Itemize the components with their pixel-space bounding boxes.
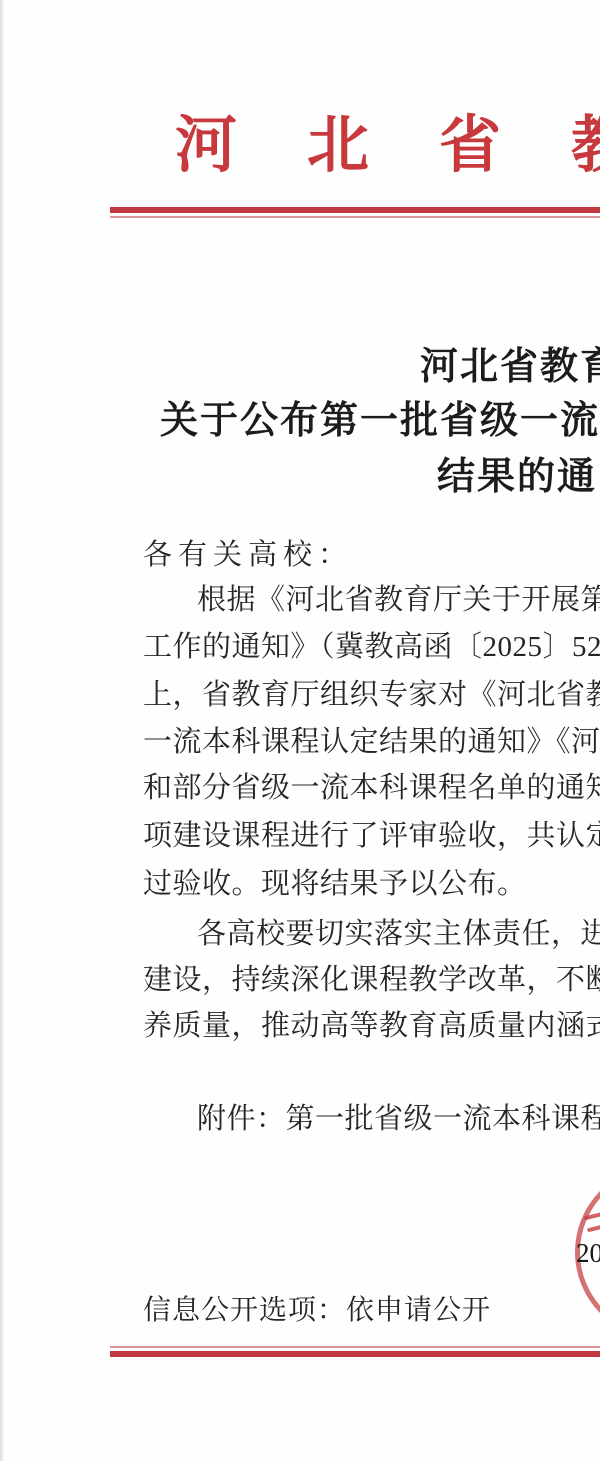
notice-title-line-2: 关于公布第一批省级一流 (160, 400, 600, 444)
body-line: 养质量，推动高等教育高质量内涵式 (143, 1009, 600, 1044)
salutation-line: 各有关高校： (143, 538, 353, 573)
body-line: 过验收。现将结果予以公布。 (143, 867, 527, 902)
disclosure-option-line: 信息公开选项：依申请公开 (143, 1288, 491, 1328)
body-line: 各高校要切实落实主体责任，进一 (197, 917, 600, 952)
date-partial-text: 20 (576, 1238, 600, 1269)
body-line: 上，省教育厅组织专家对《河北省教 (143, 678, 600, 713)
attachment-line: 附件：第一批省级一流本科课程 (197, 1102, 600, 1137)
scan-edge-shadow (0, 0, 5, 1461)
body-line: 建设，持续深化课程教学改革，不断提 (143, 963, 600, 998)
body-line: 项建设课程进行了评审验收，共认定 (143, 819, 600, 854)
footer-rule-thin (110, 1346, 600, 1348)
notice-title-line-1: 河北省教育 (420, 346, 600, 390)
body-line: 一流本科课程认定结果的通知》《河 (143, 725, 600, 760)
masthead-title: 河北省教 (175, 112, 600, 180)
body-line: 工作的通知》（冀教高函〔2025〕52 (143, 630, 600, 665)
notice-title-line-3: 结果的通 (437, 456, 597, 500)
body-line: 和部分省级一流本科课程名单的通知 (143, 771, 600, 806)
document-page: 河北省教 河北省教育 关于公布第一批省级一流 结果的通 各有关高校： 根据《河北… (0, 0, 600, 1461)
header-rule-thin (110, 216, 600, 218)
body-line: 根据《河北省教育厅关于开展第一 (197, 583, 600, 618)
footer-rule-thick (110, 1351, 600, 1357)
header-rule-thick (110, 207, 600, 213)
